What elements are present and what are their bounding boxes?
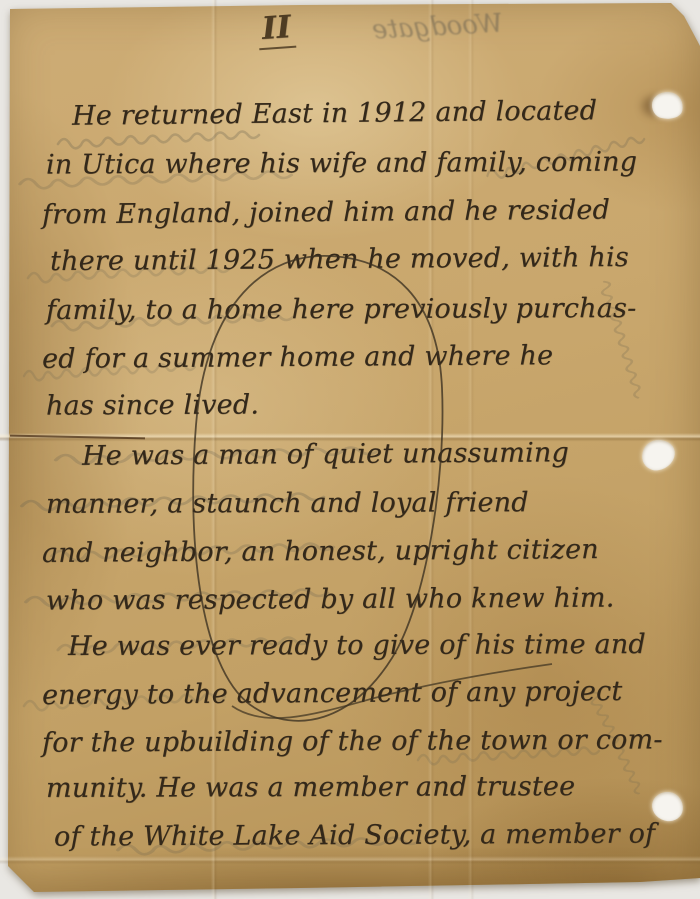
handwritten-line: ed for a summer home and where he: [42, 340, 553, 375]
handwritten-line: in Utica where his wife and family, comi…: [46, 146, 637, 180]
handwritten-line: He returned East in 1912 and located: [72, 95, 597, 131]
handwritten-line: He was ever ready to give of his time an…: [68, 629, 646, 662]
handwritten-line: family, to a home here previously purcha…: [46, 293, 637, 326]
page-number: II: [257, 9, 297, 50]
handwritten-line: there until 1925 when he moved, with his: [50, 242, 629, 277]
handwritten-line: of the White Lake Aid Society, a member …: [54, 818, 655, 852]
handwritten-line: has since lived.: [46, 389, 259, 421]
handwritten-line: He was a man of quiet unassuming: [82, 437, 569, 471]
handwritten-line: energy to the advancement of any project: [42, 676, 623, 711]
handwritten-line: for the upbuilding of the of the town or…: [42, 724, 663, 758]
handwritten-line: munity. He was a member and trustee: [46, 771, 575, 804]
handwritten-line: and neighbor, an honest, upright citizen: [42, 534, 599, 569]
handwritten-line: from England, joined him and he resided: [42, 195, 610, 231]
handwritten-line: who was respected by all who knew him.: [46, 583, 615, 617]
handwritten-line: manner, a staunch and loyal friend: [46, 487, 529, 520]
scanned-letter-page: II Woodgate He returned East in 1912 and…: [0, 0, 700, 899]
